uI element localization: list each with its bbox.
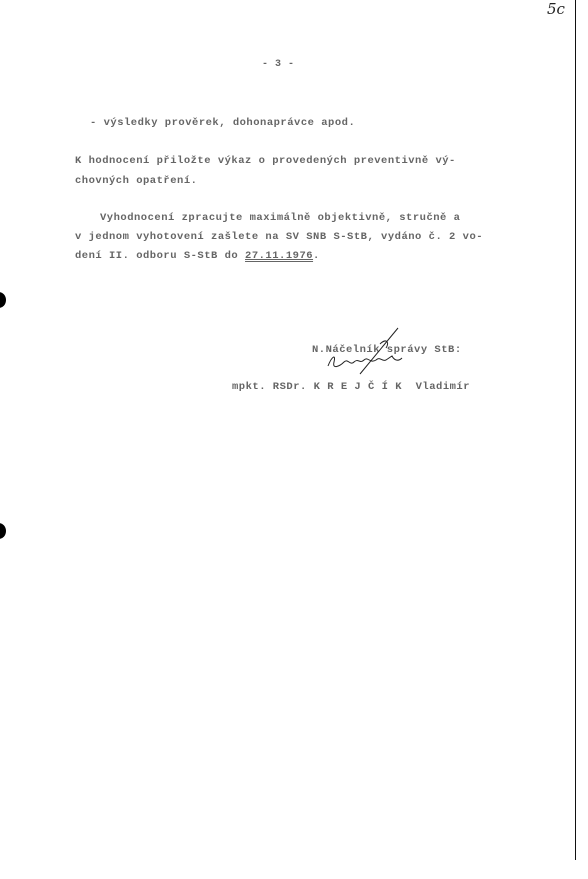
paragraph-3-line-3-prefix: dení II. odboru S-StB do <box>75 250 245 262</box>
deadline-date: 27.11.1976 <box>245 250 313 262</box>
paragraph-3-line-3: dení II. odboru S-StB do 27.11.1976. <box>75 250 320 262</box>
page-edge-line <box>575 0 576 860</box>
folio-mark: 5c <box>547 0 565 18</box>
punch-hole-icon <box>0 523 6 539</box>
paragraph-3-line-1: Vyhodnocení zpracujte maximálně objektiv… <box>100 212 460 224</box>
punch-hole-icon <box>0 292 6 308</box>
paragraph-3-line-2: v jednom vyhotovení zašlete na SV SNB S-… <box>75 231 483 243</box>
paragraph-1-line-1: - výsledky prověrek, dohonaprávce apod. <box>90 117 355 129</box>
document-page: 5c - 3 - - výsledky prověrek, dohonapráv… <box>0 0 588 879</box>
paragraph-3-line-3-suffix: . <box>313 250 320 262</box>
paragraph-2-line-1: K hodnocení přiložte výkaz o provedených… <box>75 155 456 167</box>
signatory-name: mpkt. RSDr. K R E J Č Í K Vladimír <box>232 381 470 393</box>
handwritten-signature-icon <box>320 326 430 378</box>
paragraph-2-line-2: chovných opatření. <box>75 175 197 187</box>
page-number: - 3 - <box>262 59 295 70</box>
